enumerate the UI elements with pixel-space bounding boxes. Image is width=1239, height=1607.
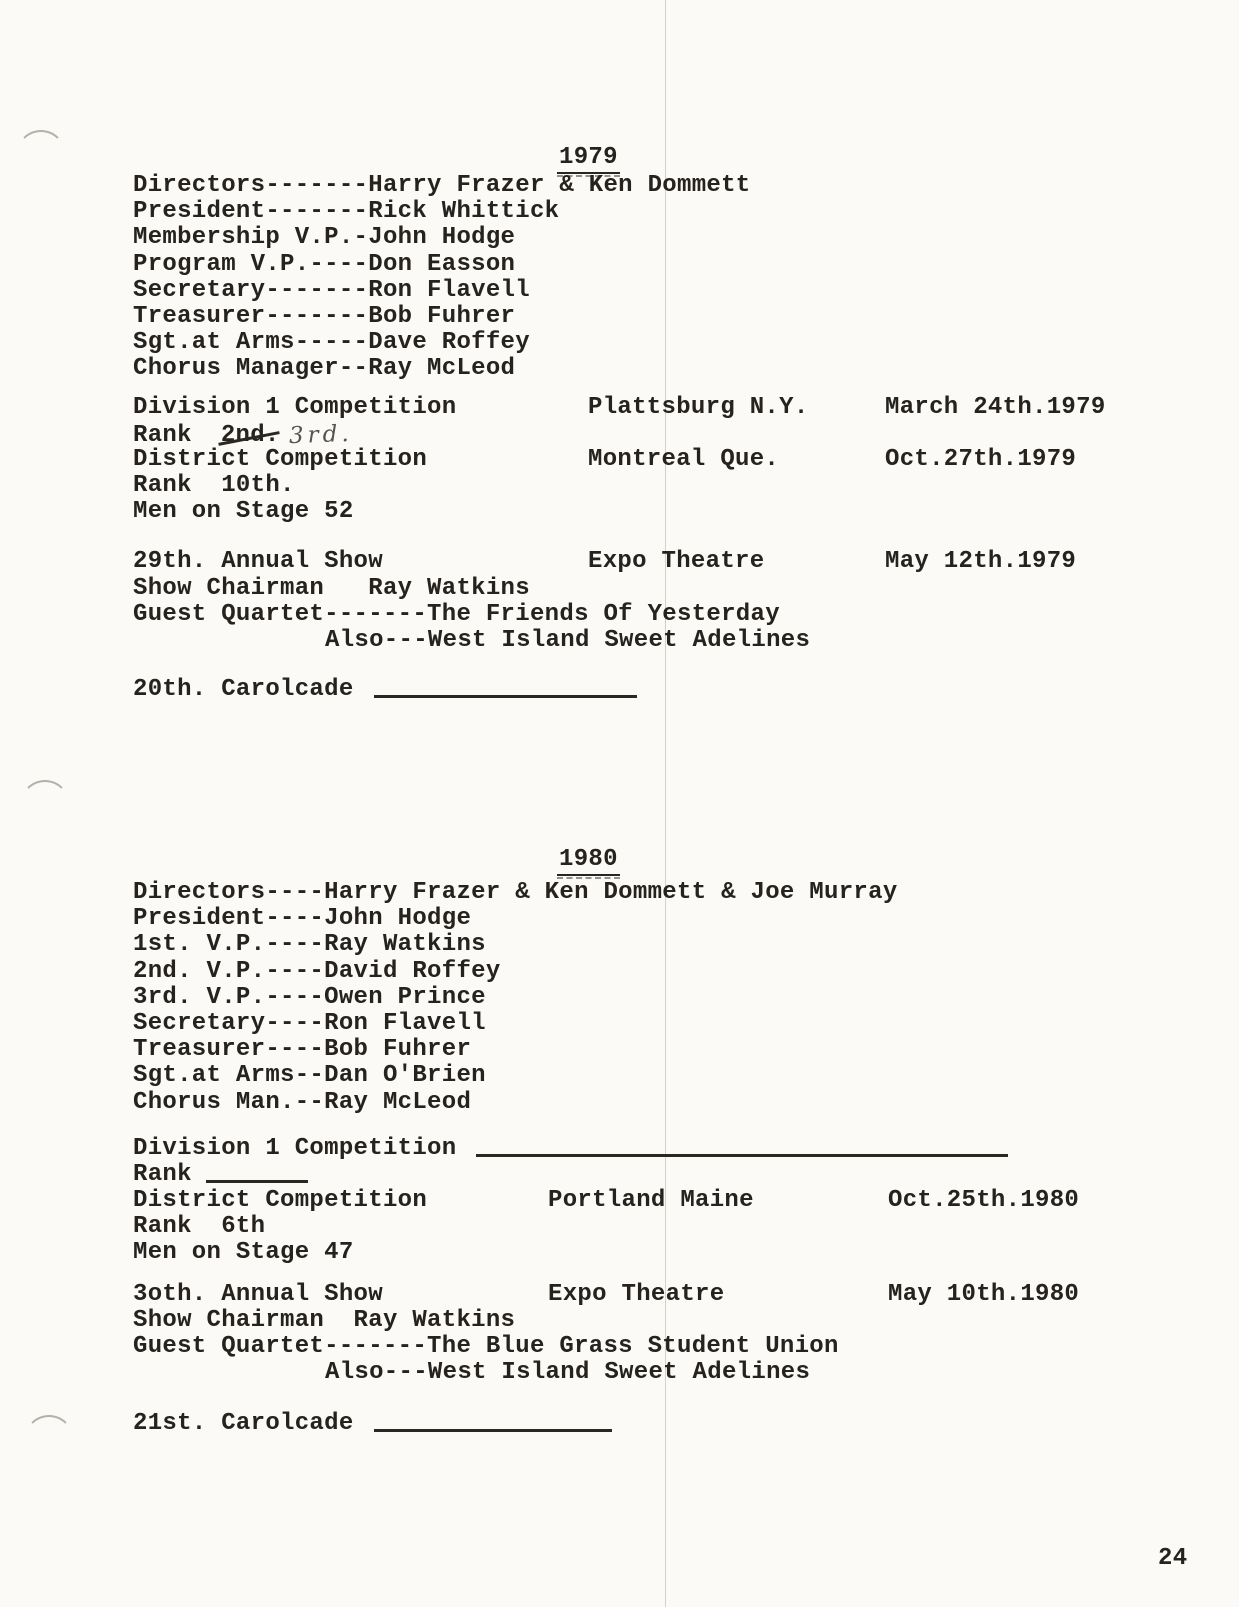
show-venue: Expo Theatre (588, 549, 764, 575)
officer-line: 3rd. V.P.----Owen Prince (133, 985, 1193, 1011)
division-competition-row: Division 1 CompetitionPlattsburg N.Y.Mar… (133, 395, 1193, 421)
district-rank-row: Rank 10th. (133, 473, 1193, 499)
officer-line: Sgt.at Arms--Dan O'Brien (133, 1063, 1193, 1089)
competition-location: Portland Maine (548, 1188, 754, 1214)
officer-line: Chorus Manager--Ray McLeod (133, 356, 1193, 382)
competition-block: Division 1 CompetitionPlattsburg N.Y.Mar… (133, 395, 1193, 526)
competition-date: March 24th.1979 (885, 395, 1106, 421)
officer-line: President----John Hodge (133, 906, 1193, 932)
officer-line: Secretary-------Ron Flavell (133, 278, 1193, 304)
show-title: 3oth. Annual Show (133, 1281, 383, 1308)
officer-line: Treasurer----Bob Fuhrer (133, 1037, 1193, 1063)
document-page: 1979 Directors-------Harry Frazer & Ken … (0, 0, 1239, 1607)
annual-show-row: 3oth. Annual ShowExpo TheatreMay 10th.19… (133, 1282, 1193, 1308)
district-rank-row: Rank 6th (133, 1214, 1193, 1240)
competition-block: Division 1 Competition Rank District Com… (133, 1136, 1193, 1267)
year-heading-line: 1980 (133, 847, 1193, 880)
officer-line: 1st. V.P.----Ray Watkins (133, 932, 1193, 958)
officer-line: Membership V.P.-John Hodge (133, 225, 1193, 251)
page-number: 24 (1158, 1546, 1187, 1572)
carolcade-label: 21st. Carolcade (133, 1410, 354, 1437)
carolcade-label: 20th. Carolcade (133, 676, 354, 703)
year-heading-line: 1979 (133, 145, 1193, 173)
section-1979: 1979 Directors-------Harry Frazer & Ken … (133, 145, 1193, 703)
officers-list: Directors----Harry Frazer & Ken Dommett … (133, 880, 1193, 1116)
competition-date: Oct.25th.1980 (888, 1188, 1079, 1214)
competition-label: Division 1 Competition (133, 394, 456, 421)
officer-line: Treasurer-------Bob Fuhrer (133, 304, 1193, 330)
section-1980: 1980 Directors----Harry Frazer & Ken Dom… (133, 847, 1193, 1438)
carolcade-row: 20th. Carolcade (133, 677, 1193, 703)
carolcade-row: 21st. Carolcade (133, 1411, 1193, 1437)
competition-location: Montreal Que. (588, 447, 779, 473)
year-heading: 1979 (557, 145, 620, 174)
division-rank-row: Rank (133, 1162, 1193, 1188)
annual-show-block: 29th. Annual ShowExpo TheatreMay 12th.19… (133, 549, 1193, 654)
men-on-stage-row: Men on Stage 47 (133, 1240, 1193, 1266)
officer-line: Program V.P.----Don Easson (133, 252, 1193, 278)
blank-underline (476, 1154, 1008, 1157)
blank-underline (206, 1180, 308, 1183)
district-competition-row: District CompetitionMontreal Que.Oct.27t… (133, 447, 1193, 473)
competition-label: District Competition (133, 1187, 427, 1214)
annual-show-block: 3oth. Annual ShowExpo TheatreMay 10th.19… (133, 1282, 1193, 1387)
show-chairman-row: Show Chairman Ray Watkins (133, 1308, 1193, 1334)
guest-quartet-row: Guest Quartet-------The Friends Of Yeste… (133, 602, 1193, 628)
competition-date: Oct.27th.1979 (885, 447, 1076, 473)
show-title: 29th. Annual Show (133, 548, 383, 575)
show-venue: Expo Theatre (548, 1282, 724, 1308)
division-competition-row: Division 1 Competition (133, 1136, 1193, 1162)
hole-punch-mark (24, 1415, 74, 1465)
rank-label: Rank (133, 1161, 192, 1188)
show-date: May 10th.1980 (888, 1282, 1079, 1308)
blank-underline (374, 695, 637, 698)
division-rank-row: Rank2nd.3rd. (133, 421, 1193, 447)
blank-underline (374, 1429, 612, 1432)
show-date: May 12th.1979 (885, 549, 1076, 575)
officer-line: President-------Rick Whittick (133, 199, 1193, 225)
officer-line: Directors-------Harry Frazer & Ken Domme… (133, 173, 1193, 199)
officer-line: Directors----Harry Frazer & Ken Dommett … (133, 880, 1193, 906)
rank-handwritten-correction: 3rd. (288, 421, 353, 449)
competition-label: District Competition (133, 446, 427, 473)
district-competition-row: District CompetitionPortland MaineOct.25… (133, 1188, 1193, 1214)
hole-punch-mark (16, 130, 66, 180)
competition-location: Plattsburg N.Y. (588, 395, 809, 421)
officer-line: Sgt.at Arms-----Dave Roffey (133, 330, 1193, 356)
officer-line: 2nd. V.P.----David Roffey (133, 959, 1193, 985)
officer-line: Chorus Man.--Ray McLeod (133, 1090, 1193, 1116)
officers-list: Directors-------Harry Frazer & Ken Domme… (133, 173, 1193, 383)
also-performers-row: Also---West Island Sweet Adelines (133, 628, 1193, 654)
year-heading: 1980 (557, 847, 620, 876)
guest-quartet-row: Guest Quartet-------The Blue Grass Stude… (133, 1334, 1193, 1360)
also-performers-row: Also---West Island Sweet Adelines (133, 1360, 1193, 1386)
competition-label: Division 1 Competition (133, 1135, 456, 1162)
officer-line: Secretary----Ron Flavell (133, 1011, 1193, 1037)
annual-show-row: 29th. Annual ShowExpo TheatreMay 12th.19… (133, 549, 1193, 575)
show-chairman-row: Show Chairman Ray Watkins (133, 576, 1193, 602)
rank-label: Rank (133, 422, 192, 449)
hole-punch-mark (20, 780, 70, 830)
men-on-stage-row: Men on Stage 52 (133, 499, 1193, 525)
